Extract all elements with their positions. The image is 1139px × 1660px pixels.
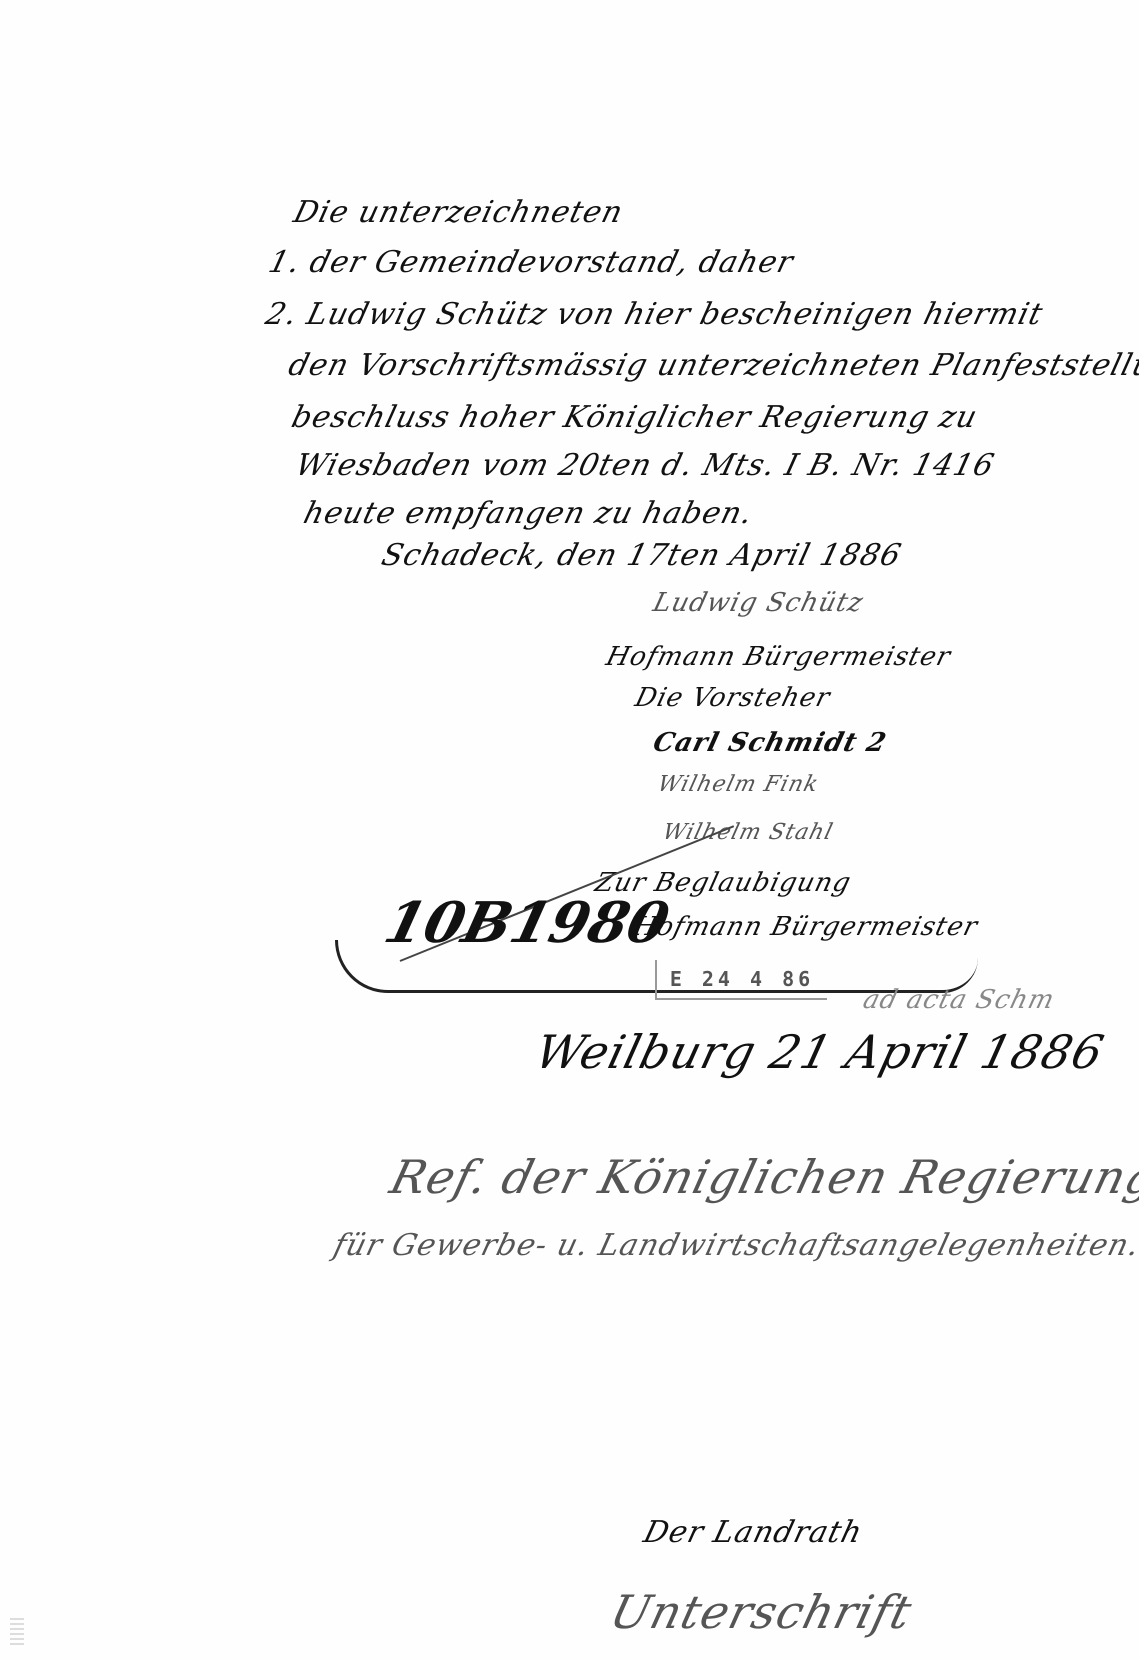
signature-header: Ludwig Schütz: [650, 588, 867, 618]
faint-annotation: ad acta Schm: [860, 985, 1058, 1015]
signature-line-3: Carl Schmidt 2: [650, 728, 890, 758]
signature-line-4: Wilhelm Fink: [655, 772, 821, 797]
lower-line-1: Ref. der Königlichen Regierung: [385, 1150, 1139, 1204]
body-line-6: Wiesbaden vom 20ten d. Mts. I B. Nr. 141…: [292, 448, 998, 483]
registry-mark: 10B1980: [378, 890, 676, 956]
scan-artifact: [10, 1615, 24, 1645]
closing-signature: Unterschrift: [605, 1585, 918, 1639]
signature-line-5: Wilhelm Stahl: [660, 820, 836, 845]
signature-line-1: Hofmann Bürgermeister: [603, 642, 954, 672]
closing-title: Der Landrath: [640, 1515, 866, 1550]
receipt-place-date: Weilburg 21 April 1886: [530, 1025, 1110, 1079]
body-line-3: 2. Ludwig Schütz von hier bescheinigen h…: [262, 297, 1047, 332]
body-line-4: den Vorschriftsmässig unterzeichneten Pl…: [285, 348, 1139, 383]
body-line-7: heute empfangen zu haben.: [300, 496, 757, 531]
place-date: Schadeck, den 17ten April 1886: [378, 538, 905, 573]
document-page: Die unterzeichneten 1. der Gemeindevorst…: [0, 0, 1139, 1660]
certifier-signature: Hofmann Bürgermeister: [630, 912, 981, 942]
lower-line-2: für Gewerbe- u. Landwirtschaftsangelegen…: [330, 1228, 1139, 1263]
body-line-1: Die unterzeichneten: [290, 195, 627, 230]
signature-line-2: Die Vorsteher: [632, 683, 834, 713]
body-line-2: 1. der Gemeindevorstand, daher: [265, 245, 797, 280]
date-stamp: E 24 4 86: [655, 960, 827, 1000]
body-line-5: beschluss hoher Königlicher Regierung zu: [288, 400, 981, 435]
